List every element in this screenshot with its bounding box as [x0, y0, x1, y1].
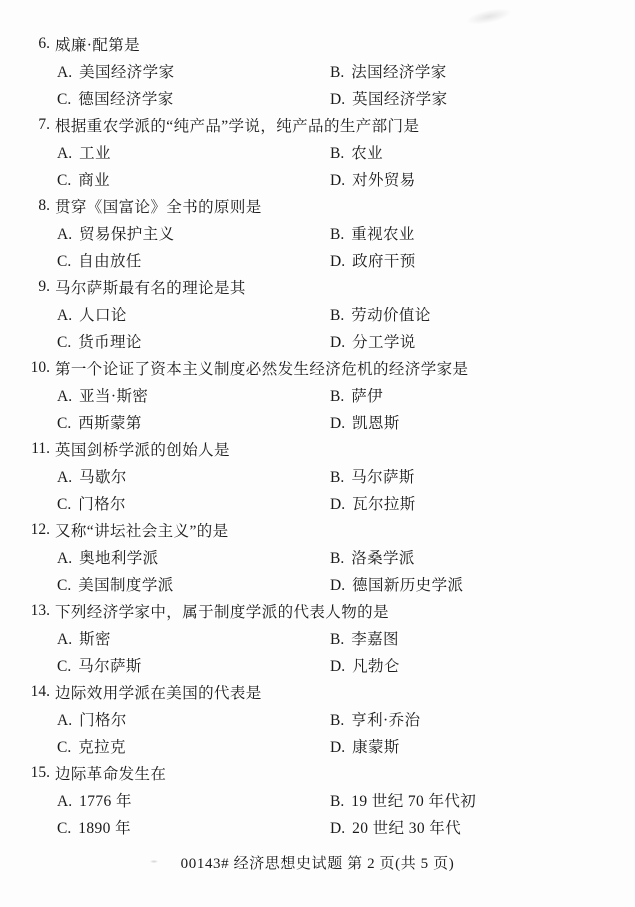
option-letter: C. — [57, 658, 71, 676]
option-a: A. 美国经济学家 — [57, 60, 330, 82]
option-d: D. 20 世纪 30 年代 — [330, 816, 603, 838]
option-letter: C. — [57, 739, 71, 757]
option-c: C. 货币理论 — [57, 330, 330, 352]
option-b: B. 马尔萨斯 — [330, 465, 603, 487]
question-number: 6. — [0, 35, 50, 53]
option-letter: C. — [57, 91, 71, 109]
option-b: B. 19 世纪 70 年代初 — [330, 789, 603, 811]
option-letter: C. — [57, 577, 71, 595]
option-c: C. 自由放任 — [57, 249, 330, 271]
option-a: A. 马歇尔 — [57, 465, 330, 487]
option-text: 1890 年 — [78, 816, 131, 838]
option-c: C. 西斯蒙第 — [57, 411, 330, 433]
option-text: 农业 — [351, 141, 383, 163]
option-letter: D. — [330, 820, 345, 838]
question-number: 13. — [0, 602, 50, 620]
option-text: 人口论 — [79, 303, 127, 325]
option-d: D. 瓦尔拉斯 — [330, 492, 603, 514]
question: 8. 贯穿《国富论》全书的原则是 A. 贸易保护主义 B. 重视农业 C. 自由… — [0, 192, 635, 273]
question-text: 边际效用学派在美国的代表是 — [55, 681, 262, 703]
question-number: 14. — [0, 683, 50, 701]
question-text: 又称“讲坛社会主义”的是 — [55, 519, 229, 541]
option-text: 工业 — [79, 141, 111, 163]
option-letter: D. — [330, 496, 345, 514]
question-stem-row: 8. 贯穿《国富论》全书的原则是 — [0, 192, 635, 219]
option-row-ab: A. 人口论 B. 劳动价值论 — [0, 300, 635, 327]
option-c: C. 门格尔 — [57, 492, 330, 514]
option-text: 对外贸易 — [352, 168, 416, 190]
option-a: A. 人口论 — [57, 303, 330, 325]
option-c: C. 克拉克 — [57, 735, 330, 757]
option-text: 19 世纪 70 年代初 — [351, 789, 476, 811]
option-letter: C. — [57, 496, 71, 514]
option-text: 奥地利学派 — [79, 546, 159, 568]
option-d: D. 对外贸易 — [330, 168, 603, 190]
option-c: C. 美国制度学派 — [57, 573, 330, 595]
option-b: B. 亨利·乔治 — [330, 708, 603, 730]
option-letter: A. — [57, 631, 72, 649]
option-letter: A. — [57, 64, 72, 82]
option-text: 亚当·斯密 — [79, 384, 148, 406]
option-text: 自由放任 — [78, 249, 142, 271]
question-stem-row: 9. 马尔萨斯最有名的理论是其 — [0, 273, 635, 300]
option-row-ab: A. 贸易保护主义 B. 重视农业 — [0, 219, 635, 246]
option-text: 英国经济学家 — [352, 87, 447, 109]
option-letter: B. — [330, 64, 344, 82]
option-letter: D. — [330, 334, 345, 352]
question-number: 8. — [0, 197, 50, 215]
option-letter: A. — [57, 793, 72, 811]
question-text: 下列经济学家中，属于制度学派的代表人物的是 — [55, 600, 389, 622]
option-letter: D. — [330, 577, 345, 595]
option-letter: B. — [330, 550, 344, 568]
option-row-cd: C. 1890 年 D. 20 世纪 30 年代 — [0, 813, 635, 840]
option-row-cd: C. 西斯蒙第 D. 凯恩斯 — [0, 408, 635, 435]
question-number: 12. — [0, 521, 50, 539]
question-number: 7. — [0, 116, 50, 134]
option-letter: A. — [57, 469, 72, 487]
question-stem-row: 13. 下列经济学家中，属于制度学派的代表人物的是 — [0, 597, 635, 624]
option-b: B. 法国经济学家 — [330, 60, 603, 82]
option-letter: C. — [57, 334, 71, 352]
option-row-ab: A. 亚当·斯密 B. 萨伊 — [0, 381, 635, 408]
option-letter: A. — [57, 226, 72, 244]
option-b: B. 农业 — [330, 141, 603, 163]
option-letter: A. — [57, 145, 72, 163]
question: 11. 英国剑桥学派的创始人是 A. 马歇尔 B. 马尔萨斯 C. 门格尔 D.… — [0, 435, 635, 516]
option-text: 马歇尔 — [79, 465, 127, 487]
option-letter: B. — [330, 712, 344, 730]
option-row-cd: C. 马尔萨斯 D. 凡勃仑 — [0, 651, 635, 678]
option-text: 1776 年 — [79, 789, 132, 811]
question: 14. 边际效用学派在美国的代表是 A. 门格尔 B. 亨利·乔治 C. 克拉克… — [0, 678, 635, 759]
option-text: 劳动价值论 — [351, 303, 431, 325]
option-a: A. 贸易保护主义 — [57, 222, 330, 244]
option-letter: B. — [330, 631, 344, 649]
option-row-ab: A. 斯密 B. 李嘉图 — [0, 624, 635, 651]
option-a: A. 1776 年 — [57, 789, 330, 811]
option-text: 门格尔 — [78, 492, 126, 514]
option-letter: A. — [57, 307, 72, 325]
option-row-cd: C. 货币理论 D. 分工学说 — [0, 327, 635, 354]
question-stem-row: 11. 英国剑桥学派的创始人是 — [0, 435, 635, 462]
question-text: 根据重农学派的“纯产品”学说，纯产品的生产部门是 — [55, 114, 419, 136]
option-row-ab: A. 工业 B. 农业 — [0, 138, 635, 165]
question-text: 英国剑桥学派的创始人是 — [55, 438, 230, 460]
question-number: 9. — [0, 278, 50, 296]
option-letter: D. — [330, 172, 345, 190]
option-c: C. 1890 年 — [57, 816, 330, 838]
option-letter: A. — [57, 388, 72, 406]
option-a: A. 奥地利学派 — [57, 546, 330, 568]
question-stem-row: 15. 边际革命发生在 — [0, 759, 635, 786]
question-stem-row: 10. 第一个论证了资本主义制度必然发生经济危机的经济学家是 — [0, 354, 635, 381]
option-letter: B. — [330, 388, 344, 406]
option-text: 凡勃仑 — [352, 654, 400, 676]
question-text: 第一个论证了资本主义制度必然发生经济危机的经济学家是 — [55, 357, 468, 379]
option-text: 法国经济学家 — [351, 60, 446, 82]
option-text: 李嘉图 — [351, 627, 399, 649]
option-letter: C. — [57, 820, 71, 838]
option-b: B. 重视农业 — [330, 222, 603, 244]
option-text: 斯密 — [79, 627, 111, 649]
question: 7. 根据重农学派的“纯产品”学说，纯产品的生产部门是 A. 工业 B. 农业 … — [0, 111, 635, 192]
option-a: A. 工业 — [57, 141, 330, 163]
option-d: D. 康蒙斯 — [330, 735, 603, 757]
option-row-cd: C. 商业 D. 对外贸易 — [0, 165, 635, 192]
option-text: 马尔萨斯 — [351, 465, 415, 487]
option-c: C. 德国经济学家 — [57, 87, 330, 109]
question-number: 11. — [0, 440, 50, 458]
option-text: 康蒙斯 — [352, 735, 400, 757]
option-letter: B. — [330, 793, 344, 811]
option-text: 克拉克 — [78, 735, 126, 757]
option-text: 凯恩斯 — [352, 411, 400, 433]
option-row-ab: A. 美国经济学家 B. 法国经济学家 — [0, 57, 635, 84]
question: 9. 马尔萨斯最有名的理论是其 A. 人口论 B. 劳动价值论 C. 货币理论 … — [0, 273, 635, 354]
option-letter: B. — [330, 469, 344, 487]
option-row-cd: C. 自由放任 D. 政府干预 — [0, 246, 635, 273]
option-text: 政府干预 — [352, 249, 416, 271]
option-letter: B. — [330, 226, 344, 244]
option-text: 萨伊 — [351, 384, 383, 406]
question: 12. 又称“讲坛社会主义”的是 A. 奥地利学派 B. 洛桑学派 C. 美国制… — [0, 516, 635, 597]
option-d: D. 英国经济学家 — [330, 87, 603, 109]
option-text: 美国制度学派 — [78, 573, 173, 595]
option-text: 分工学说 — [352, 330, 416, 352]
option-text: 瓦尔拉斯 — [352, 492, 416, 514]
option-a: A. 门格尔 — [57, 708, 330, 730]
option-b: B. 李嘉图 — [330, 627, 603, 649]
option-letter: D. — [330, 739, 345, 757]
option-b: B. 萨伊 — [330, 384, 603, 406]
option-letter: C. — [57, 415, 71, 433]
option-b: B. 劳动价值论 — [330, 303, 603, 325]
option-d: D. 分工学说 — [330, 330, 603, 352]
option-letter: D. — [330, 415, 345, 433]
option-row-ab: A. 奥地利学派 B. 洛桑学派 — [0, 543, 635, 570]
option-a: A. 斯密 — [57, 627, 330, 649]
option-d: D. 凡勃仑 — [330, 654, 603, 676]
question-stem-row: 14. 边际效用学派在美国的代表是 — [0, 678, 635, 705]
option-text: 货币理论 — [78, 330, 142, 352]
option-row-cd: C. 美国制度学派 D. 德国新历史学派 — [0, 570, 635, 597]
option-letter: D. — [330, 658, 345, 676]
question-list: 6. 威廉·配第是 A. 美国经济学家 B. 法国经济学家 C. 德国经济学家 … — [0, 0, 635, 840]
question: 6. 威廉·配第是 A. 美国经济学家 B. 法国经济学家 C. 德国经济学家 … — [0, 30, 635, 111]
option-letter: B. — [330, 145, 344, 163]
question-text: 贯穿《国富论》全书的原则是 — [55, 195, 262, 217]
page-footer: 00143# 经济思想史试题 第 2 页(共 5 页) — [0, 852, 635, 873]
question: 15. 边际革命发生在 A. 1776 年 B. 19 世纪 70 年代初 C.… — [0, 759, 635, 840]
option-d: D. 凯恩斯 — [330, 411, 603, 433]
question: 13. 下列经济学家中，属于制度学派的代表人物的是 A. 斯密 B. 李嘉图 C… — [0, 597, 635, 678]
option-d: D. 政府干预 — [330, 249, 603, 271]
option-text: 门格尔 — [79, 708, 127, 730]
option-row-ab: A. 马歇尔 B. 马尔萨斯 — [0, 462, 635, 489]
option-text: 亨利·乔治 — [351, 708, 420, 730]
option-text: 德国新历史学派 — [352, 573, 463, 595]
option-text: 商业 — [78, 168, 110, 190]
option-letter: B. — [330, 307, 344, 325]
option-letter: C. — [57, 172, 71, 190]
question-stem-row: 6. 威廉·配第是 — [0, 30, 635, 57]
question-text: 马尔萨斯最有名的理论是其 — [55, 276, 246, 298]
option-row-cd: C. 门格尔 D. 瓦尔拉斯 — [0, 489, 635, 516]
option-text: 美国经济学家 — [79, 60, 174, 82]
exam-page: 6. 威廉·配第是 A. 美国经济学家 B. 法国经济学家 C. 德国经济学家 … — [0, 0, 635, 907]
option-letter: A. — [57, 712, 72, 730]
option-text: 20 世纪 30 年代 — [352, 816, 461, 838]
option-letter: C. — [57, 253, 71, 271]
option-letter: D. — [330, 91, 345, 109]
question-text: 边际革命发生在 — [55, 762, 166, 784]
option-text: 马尔萨斯 — [78, 654, 142, 676]
option-c: C. 马尔萨斯 — [57, 654, 330, 676]
option-row-ab: A. 门格尔 B. 亨利·乔治 — [0, 705, 635, 732]
option-row-cd: C. 德国经济学家 D. 英国经济学家 — [0, 84, 635, 111]
option-text: 西斯蒙第 — [78, 411, 142, 433]
option-text: 重视农业 — [351, 222, 415, 244]
option-text: 洛桑学派 — [351, 546, 415, 568]
question: 10. 第一个论证了资本主义制度必然发生经济危机的经济学家是 A. 亚当·斯密 … — [0, 354, 635, 435]
question-stem-row: 12. 又称“讲坛社会主义”的是 — [0, 516, 635, 543]
option-d: D. 德国新历史学派 — [330, 573, 603, 595]
option-row-ab: A. 1776 年 B. 19 世纪 70 年代初 — [0, 786, 635, 813]
option-text: 贸易保护主义 — [79, 222, 174, 244]
option-letter: A. — [57, 550, 72, 568]
option-letter: D. — [330, 253, 345, 271]
question-number: 10. — [0, 359, 50, 377]
option-a: A. 亚当·斯密 — [57, 384, 330, 406]
option-text: 德国经济学家 — [78, 87, 173, 109]
question-number: 15. — [0, 764, 50, 782]
option-b: B. 洛桑学派 — [330, 546, 603, 568]
option-row-cd: C. 克拉克 D. 康蒙斯 — [0, 732, 635, 759]
question-text: 威廉·配第是 — [55, 33, 140, 55]
option-c: C. 商业 — [57, 168, 330, 190]
question-stem-row: 7. 根据重农学派的“纯产品”学说，纯产品的生产部门是 — [0, 111, 635, 138]
